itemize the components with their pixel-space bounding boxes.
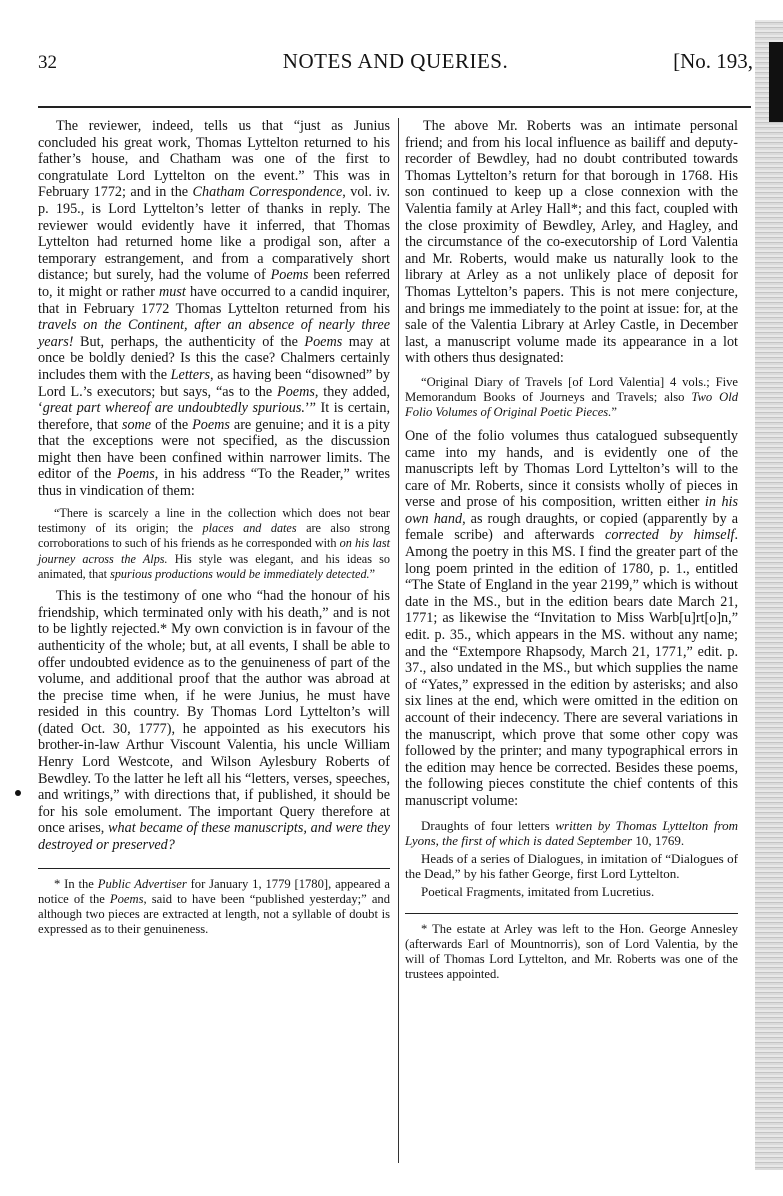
footnote: * The estate at Arley was left to the Ho… bbox=[405, 922, 738, 982]
journal-title: NOTES AND QUERIES. bbox=[38, 49, 753, 74]
footnote-rule bbox=[38, 868, 390, 869]
binding-mark bbox=[769, 42, 783, 122]
page-header: 32 NOTES AND QUERIES. [No. 193, bbox=[38, 44, 753, 74]
block-quote: “There is scarcely a line in the collect… bbox=[38, 506, 390, 582]
list-item: Draughts of four letters written by Thom… bbox=[405, 818, 738, 849]
issue-number: [No. 193, bbox=[673, 49, 753, 74]
paragraph: The reviewer, indeed, tells us that “jus… bbox=[38, 118, 390, 500]
scanned-page: 32 NOTES AND QUERIES. [No. 193, The revi… bbox=[0, 0, 783, 1196]
margin-dot bbox=[15, 790, 21, 796]
left-column: The reviewer, indeed, tells us that “jus… bbox=[38, 118, 390, 937]
list-item: Poetical Fragments, imitated from Lucret… bbox=[405, 884, 738, 900]
binding-edge bbox=[755, 20, 783, 1170]
paragraph: The above Mr. Roberts was an intimate pe… bbox=[405, 118, 738, 367]
paragraph: This is the testimony of one who “had th… bbox=[38, 588, 390, 854]
column-divider bbox=[398, 118, 399, 1163]
right-column: The above Mr. Roberts was an intimate pe… bbox=[405, 118, 738, 982]
footnote: * In the Public Advertiser for January 1… bbox=[38, 877, 390, 937]
block-quote: “Original Diary of Travels [of Lord Vale… bbox=[405, 375, 738, 420]
footnote-rule bbox=[405, 913, 738, 914]
list-item: Heads of a series of Dialogues, in imita… bbox=[405, 851, 738, 882]
header-rule bbox=[38, 106, 751, 108]
paragraph: One of the folio volumes thus catalogued… bbox=[405, 428, 738, 810]
